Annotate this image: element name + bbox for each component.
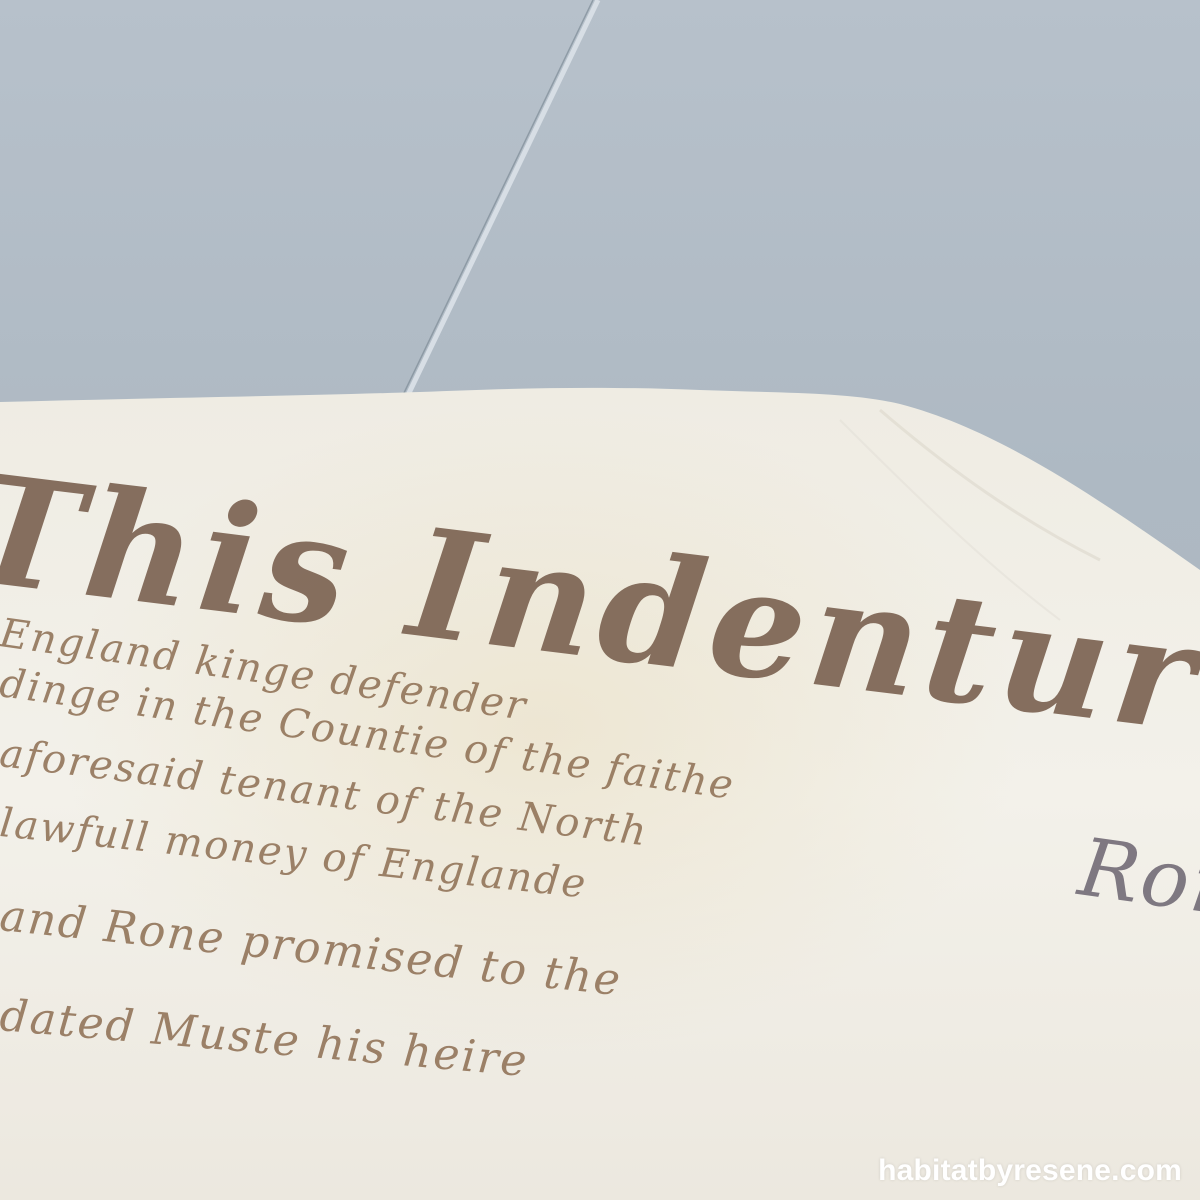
photo: This Indenture England kinge defender di… [0,0,1200,1200]
watermark: habitatbyresene.com [878,1154,1182,1188]
document-side-word: Rone [1074,820,1200,942]
document-line: and Rone promised to the [0,890,624,1006]
document-text: This Indenture England kinge defender di… [0,0,1200,1200]
document-line: dated Muste his heire [0,990,531,1087]
